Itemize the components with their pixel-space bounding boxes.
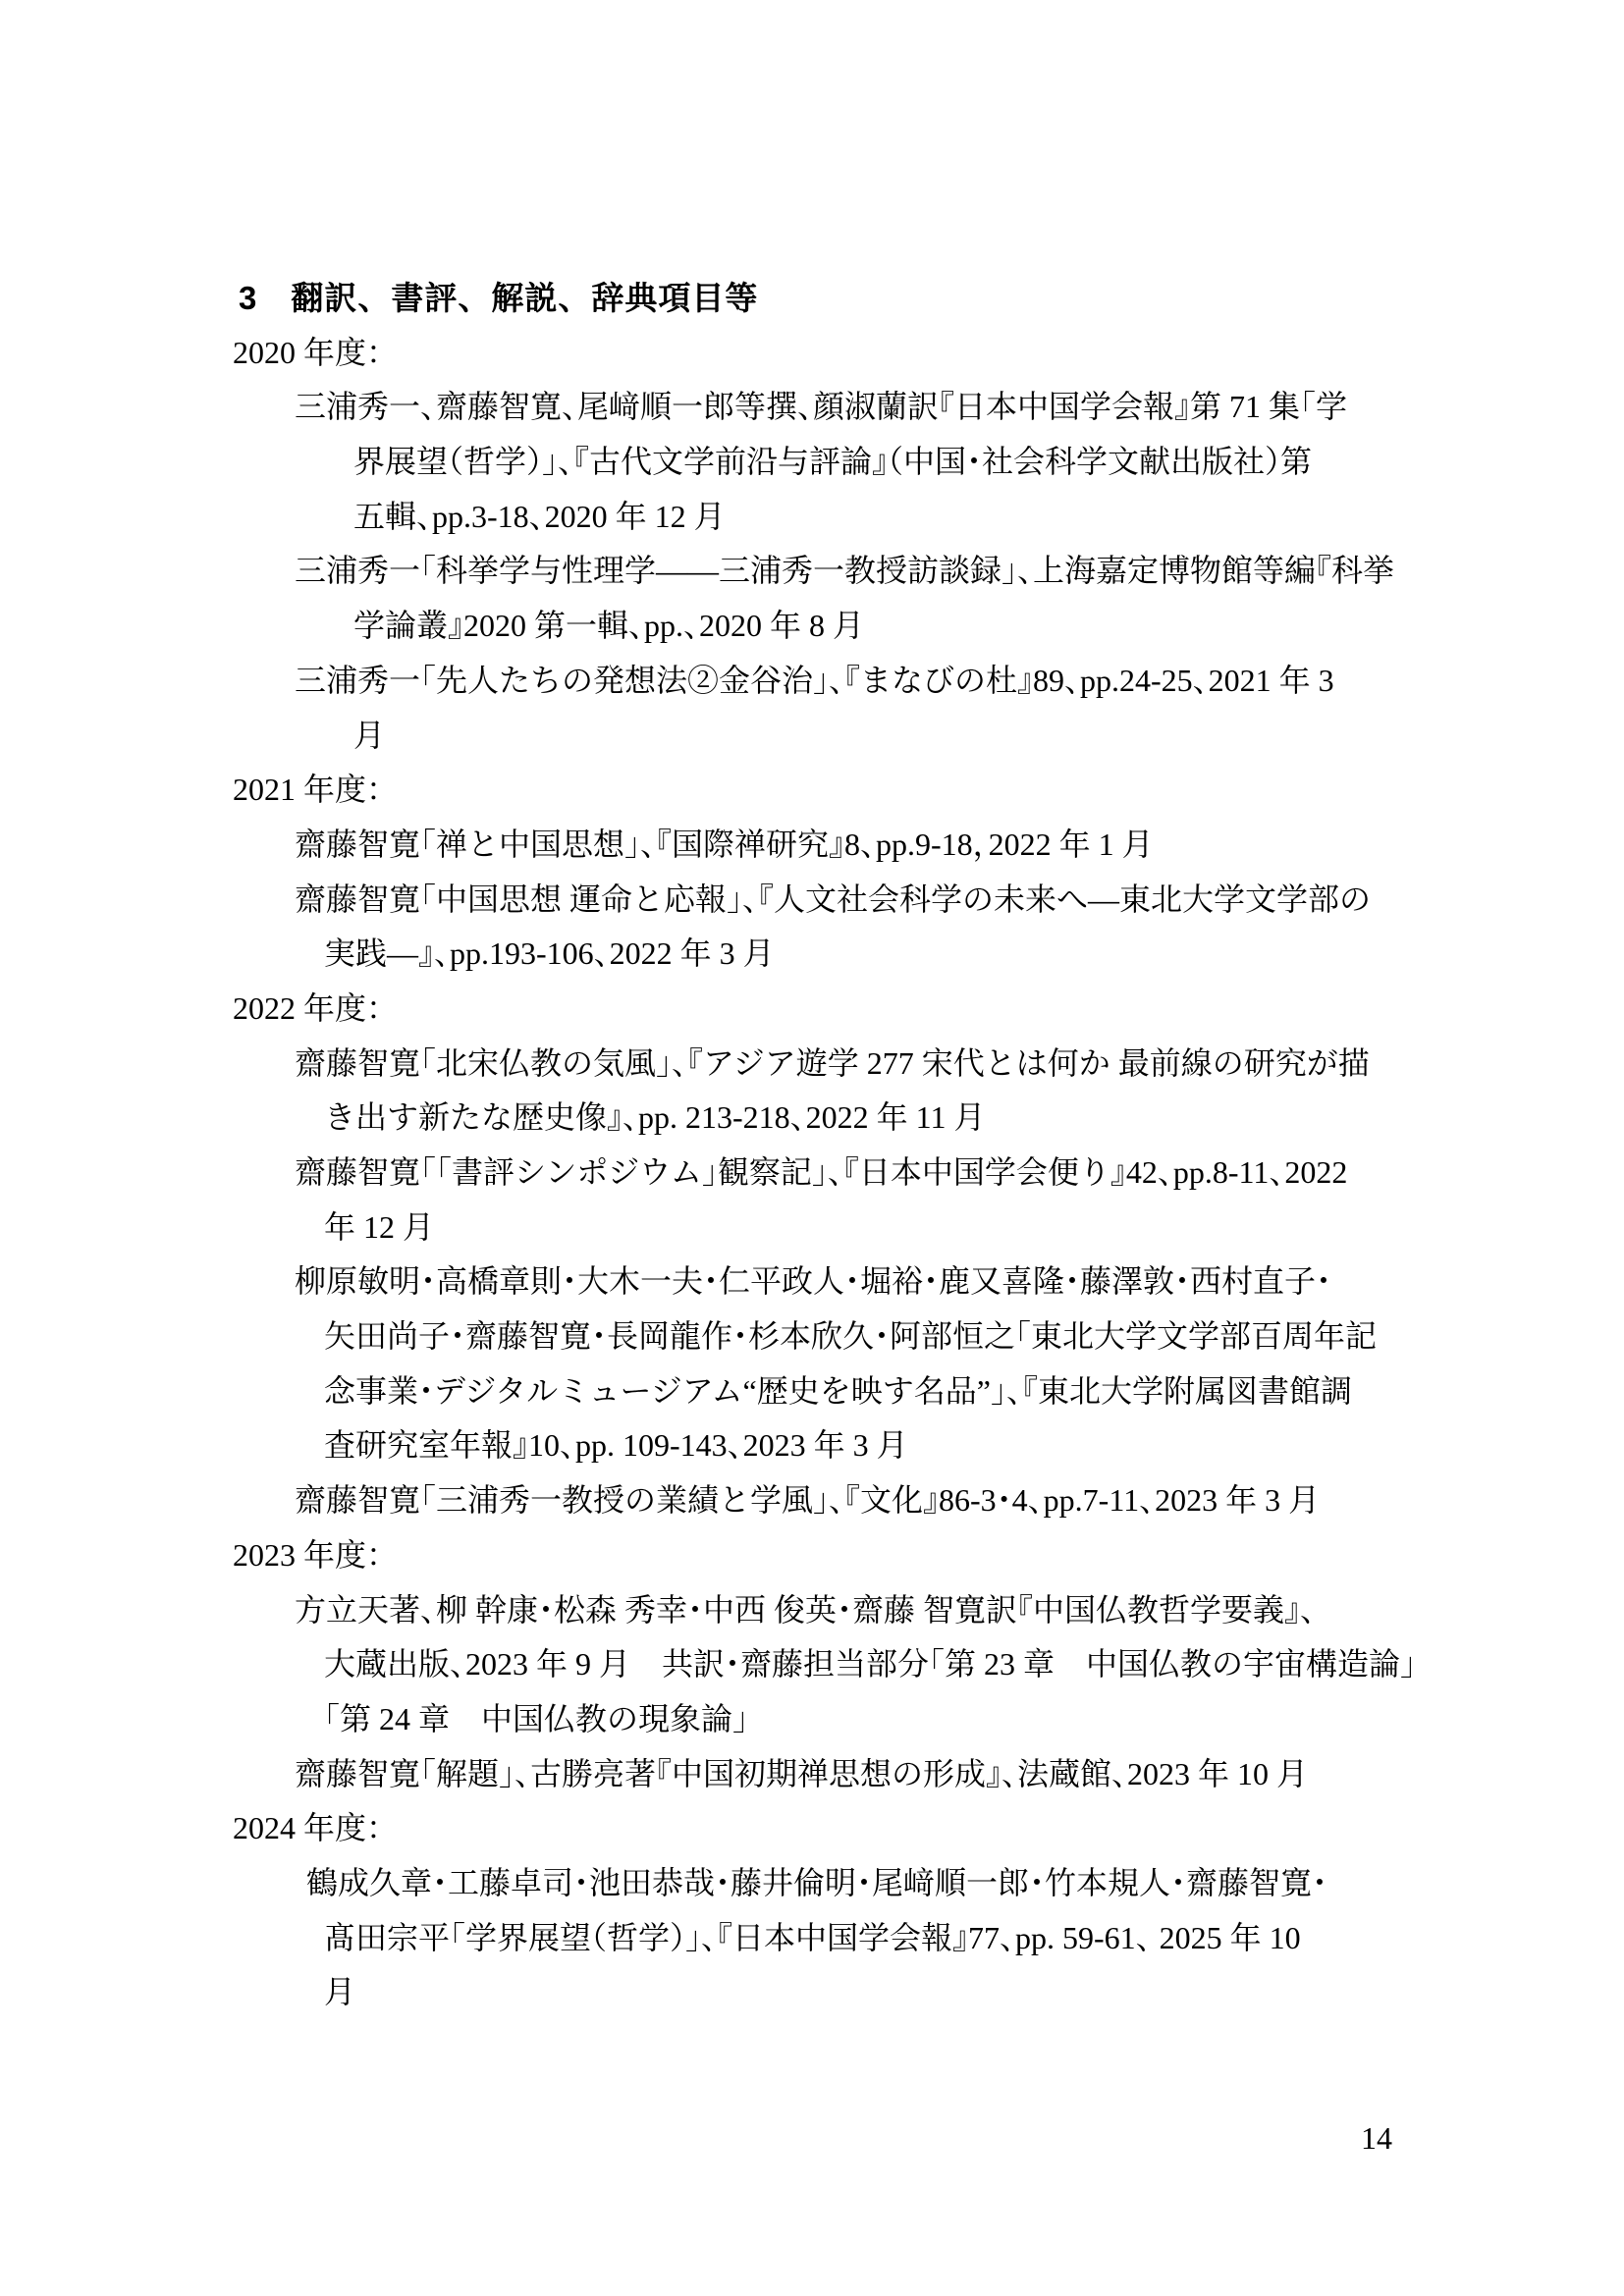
publication-line: 査研究室年報』10、pp. 109-143、2023 年 3 月 bbox=[233, 1418, 1392, 1473]
publication-line: 五輯、pp.3-18、2020 年 12 月 bbox=[233, 490, 1392, 545]
publication-line: 界展望（哲学）」、『古代文学前沿与評論』（中国・社会科学文献出版社）第 bbox=[233, 435, 1392, 490]
publication-line: 三浦秀一「先人たちの発想法②金谷治」、『まなびの杜』89、pp.24-25、20… bbox=[233, 654, 1392, 709]
page-number: 14 bbox=[1257, 2120, 1392, 2156]
year-label: 2023 年度： bbox=[233, 1528, 1392, 1583]
publication-line: 三浦秀一、齋藤智寛、尾﨑順一郎等撰、顔淑蘭訳『日本中国学会報』第 71 集「学 bbox=[233, 380, 1392, 435]
publication-line: 矢田尚子・齋藤智寛・長岡龍作・杉本欣久・阿部恒之「東北大学文学部百周年記 bbox=[233, 1309, 1392, 1364]
publication-line: 齋藤智寛「三浦秀一教授の業績と学風」、『文化』86-3・4、pp.7-11、20… bbox=[233, 1473, 1392, 1528]
publication-list: 2020 年度：三浦秀一、齋藤智寛、尾﨑順一郎等撰、顔淑蘭訳『日本中国学会報』第… bbox=[233, 326, 1392, 2020]
publication-line: 齋藤智寛「解題」、古勝亮著『中国初期禅思想の形成』、法蔵館、2023 年 10 … bbox=[233, 1747, 1392, 1802]
year-label: 2021 年度： bbox=[233, 763, 1392, 818]
document-body: 3 翻訳、書評、解説、辞典項目等 2020 年度：三浦秀一、齋藤智寛、尾﨑順一郎… bbox=[233, 271, 1392, 2020]
publication-line: 月 bbox=[233, 709, 1392, 764]
publication-line: 学論叢』2020 第一輯、pp.、2020 年 8 月 bbox=[233, 599, 1392, 654]
publication-line: 齋藤智寛「禅と中国思想」、『国際禅研究』8、pp.9-18，2022 年 1 月 bbox=[233, 818, 1392, 873]
publication-line: 柳原敏明・高橋章則・大木一夫・仁平政人・堀裕・鹿又喜隆・藤澤敦・西村直子・ bbox=[233, 1255, 1392, 1309]
publication-line: 髙田宗平「学界展望（哲学）」、『日本中国学会報』77、pp. 59-61、 20… bbox=[233, 1911, 1392, 1966]
year-label: 2022 年度： bbox=[233, 982, 1392, 1037]
publication-line: 「第 24 章 中国仏教の現象論」 bbox=[233, 1692, 1392, 1747]
publication-line: 念事業・デジタルミュージアム“歴史を映す名品”」、『東北大学附属図書館調 bbox=[233, 1364, 1392, 1419]
publication-line: 大蔵出版、2023 年 9 月 共訳・齋藤担当部分「第 23 章 中国仏教の宇宙… bbox=[233, 1637, 1392, 1692]
section-heading: 3 翻訳、書評、解説、辞典項目等 bbox=[233, 271, 1392, 326]
publication-line: 鶴成久章・工藤卓司・池田恭哉・藤井倫明・尾﨑順一郎・竹本規人・齋藤智寛・ bbox=[233, 1856, 1392, 1911]
document-page: 3 翻訳、書評、解説、辞典項目等 2020 年度：三浦秀一、齋藤智寛、尾﨑順一郎… bbox=[0, 0, 1624, 2296]
year-label: 2024 年度： bbox=[233, 1801, 1392, 1856]
publication-line: 実践―』、pp.193-106、2022 年 3 月 bbox=[233, 927, 1392, 982]
publication-line: 齋藤智寛「中国思想 運命と応報」、『人文社会科学の未来へ―東北大学文学部の bbox=[233, 873, 1392, 928]
publication-line: き出す新たな歴史像』、pp. 213-218、2022 年 11 月 bbox=[233, 1091, 1392, 1146]
publication-line: 齋藤智寛「「書評シンポジウム」観察記」、『日本中国学会便り』42、pp.8-11… bbox=[233, 1146, 1392, 1201]
publication-line: 齋藤智寛「北宋仏教の気風」、『アジア遊学 277 宋代とは何か 最前線の研究が描 bbox=[233, 1037, 1392, 1092]
year-label: 2020 年度： bbox=[233, 326, 1392, 381]
publication-line: 年 12 月 bbox=[233, 1201, 1392, 1255]
publication-line: 三浦秀一「科挙学与性理学――三浦秀一教授訪談録」、上海嘉定博物館等編『科挙 bbox=[233, 544, 1392, 599]
publication-line: 方立天著、柳 幹康・松森 秀幸・中西 俊英・齋藤 智寛訳『中国仏教哲学要義』、 bbox=[233, 1583, 1392, 1638]
publication-line: 月 bbox=[233, 1965, 1392, 2020]
